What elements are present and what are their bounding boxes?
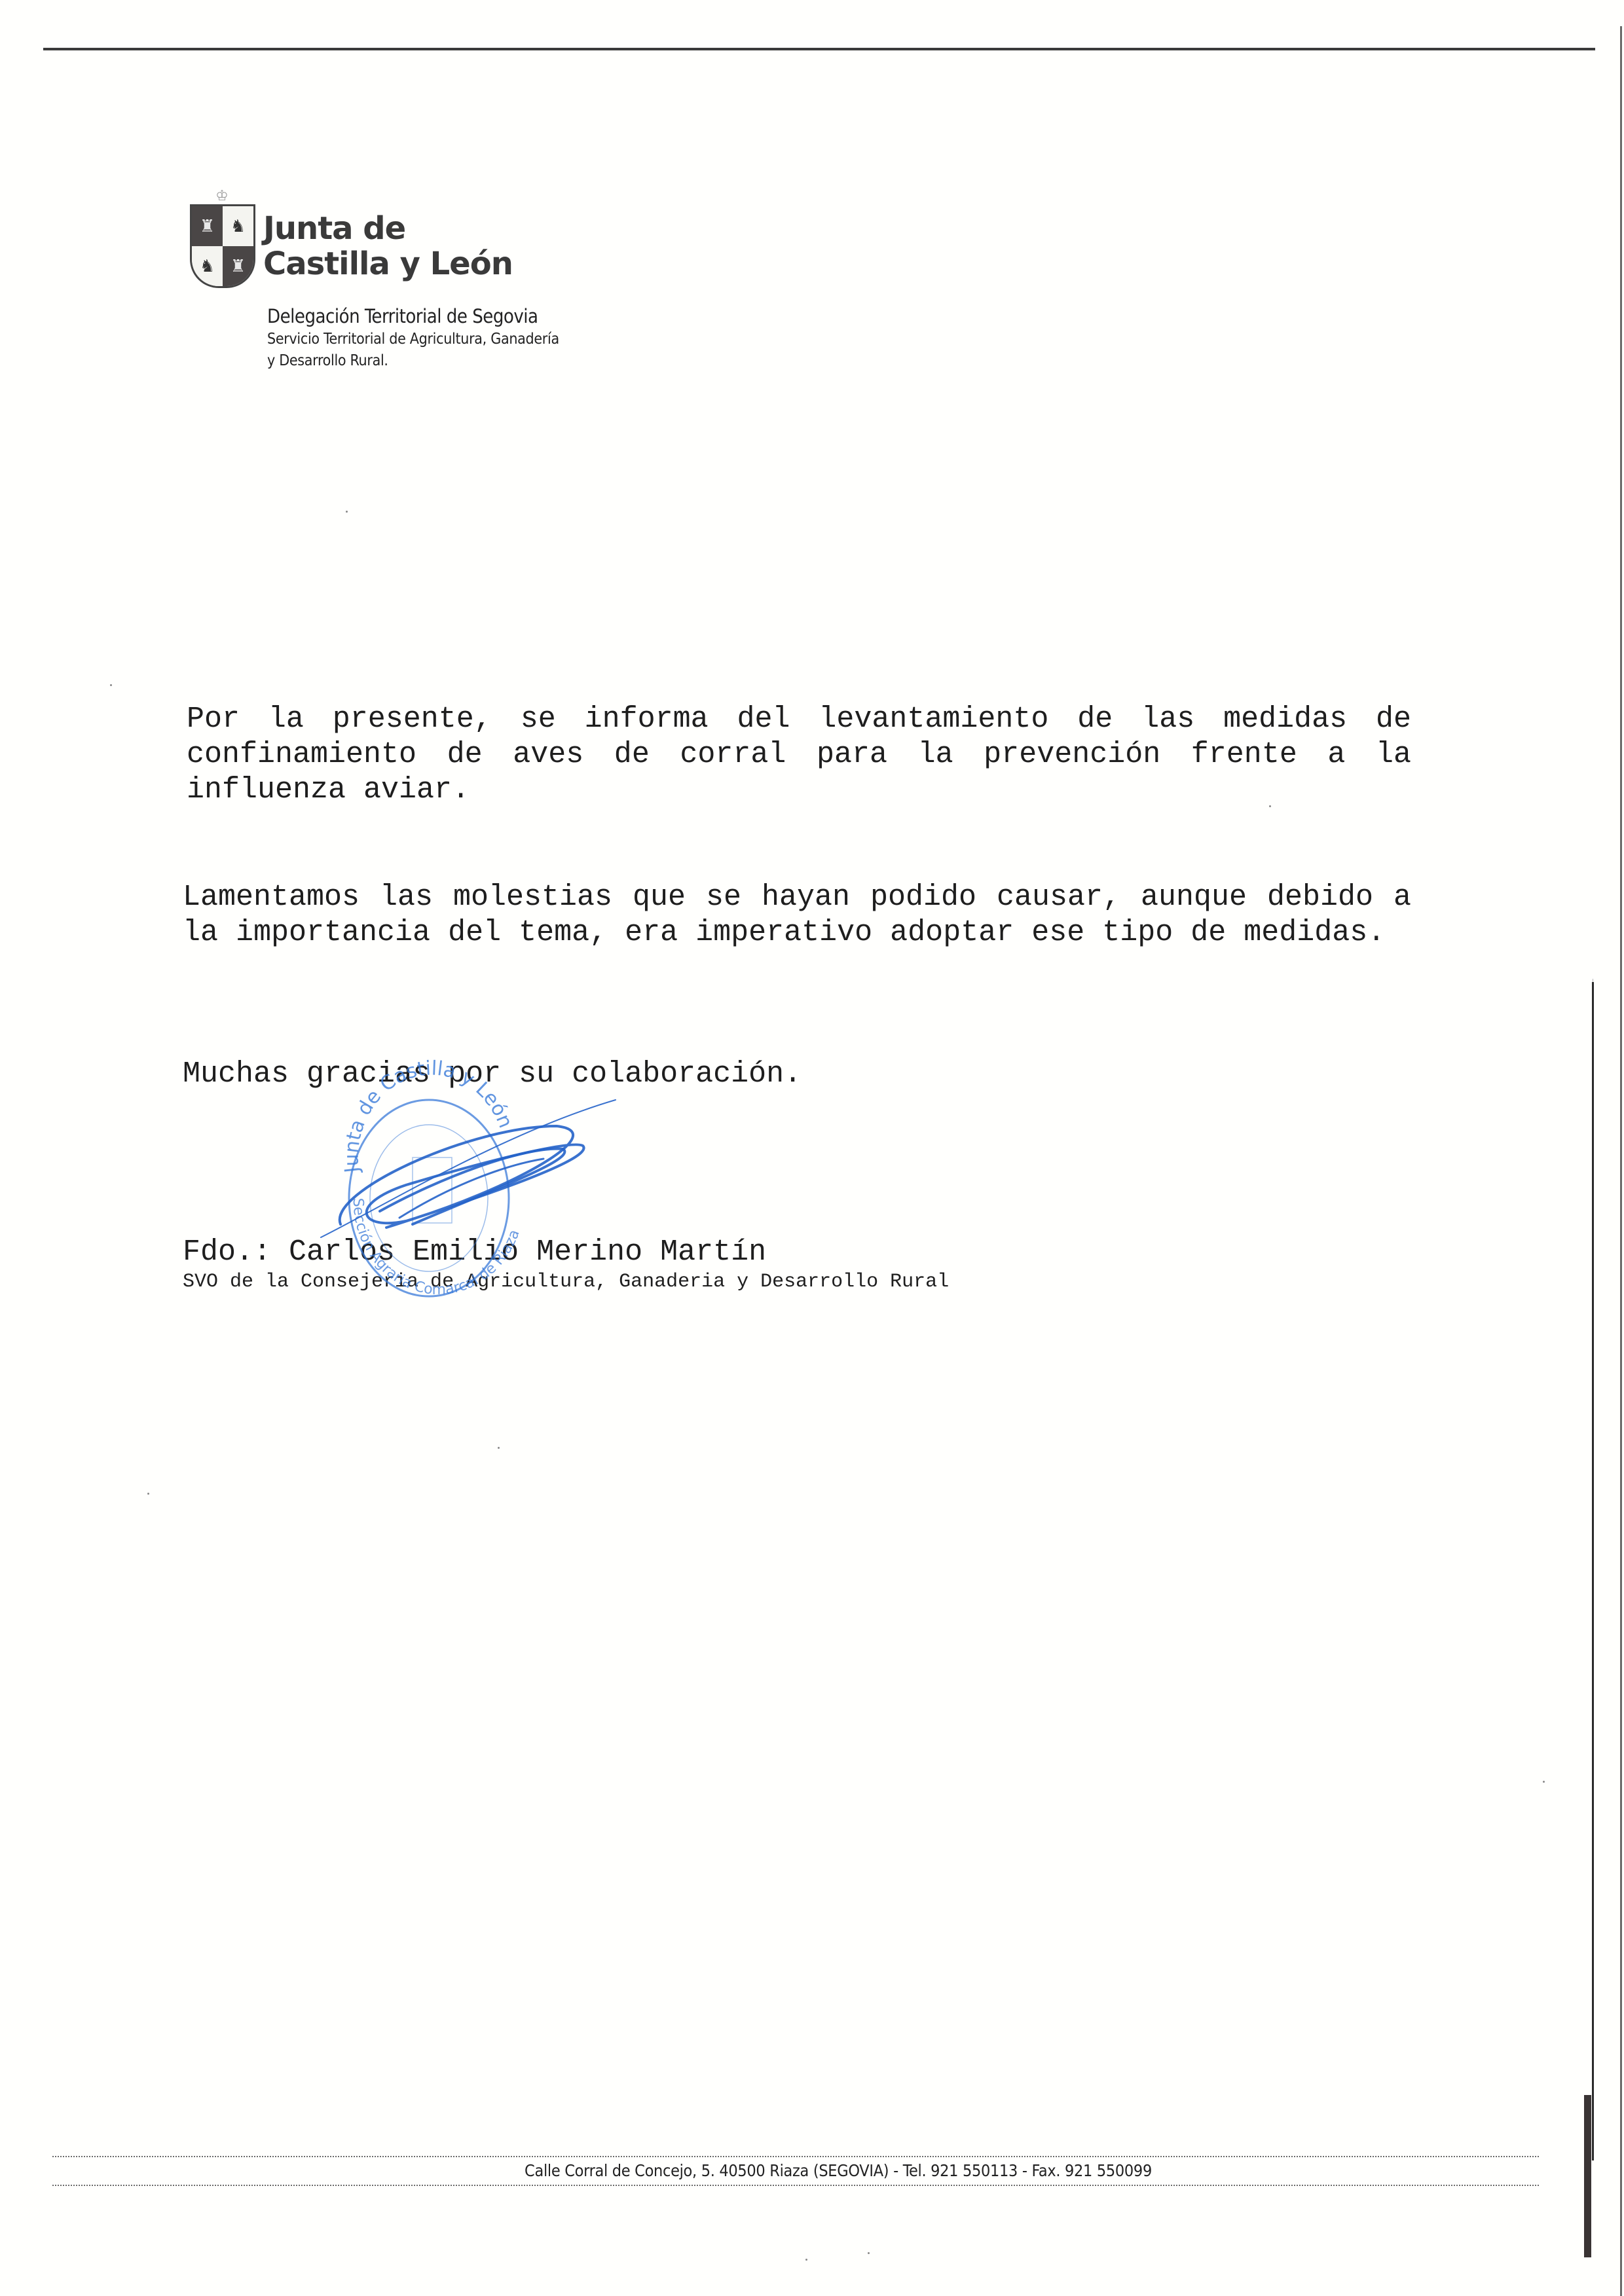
document-page: ♔ ♜ ♞ ♞ ♜ Junta de Castilla y León Deleg… (0, 0, 1624, 2296)
castle-icon: ♜ (223, 246, 253, 286)
lion-icon: ♞ (192, 246, 223, 286)
paragraph: Por la presente, se informa del levantam… (187, 702, 1411, 808)
scan-speck (1269, 805, 1271, 807)
scan-speck (147, 1493, 149, 1495)
signatory-role: SVO de la Consejeria de Agricultura, Gan… (183, 1270, 949, 1294)
scan-speck (805, 2259, 807, 2261)
crown-icon: ♔ (190, 172, 255, 204)
coat-of-arms-icon: ♔ ♜ ♞ ♞ ♜ (190, 172, 255, 289)
org-subtitle: Delegación Territorial de Segovia Servic… (267, 304, 559, 372)
top-rule (43, 48, 1595, 50)
org-name: Junta de Castilla y León (263, 172, 513, 282)
org-name-line2: Castilla y León (263, 246, 513, 282)
castle-icon: ♜ (192, 206, 223, 246)
paragraph: Lamentamos las molestias que se hayan po… (183, 880, 1411, 951)
crest-icon: ♜ ♞ ♞ ♜ (190, 204, 255, 288)
footer-rule-bottom (52, 2185, 1539, 2186)
org-name-line1: Junta de (263, 211, 513, 246)
closing-paragraph: Muchas gracias por su colaboración. (183, 1057, 1411, 1092)
signatory-name: Fdo.: Carlos Emilio Merino Martín (183, 1235, 766, 1270)
letterhead-logo: ♔ ♜ ♞ ♞ ♜ Junta de Castilla y León (190, 172, 513, 289)
footer-address: Calle Corral de Concejo, 5. 40500 Riaza … (0, 2160, 1624, 2181)
scan-speck (346, 511, 348, 513)
service-line2: y Desarrollo Rural. (267, 350, 559, 372)
scan-speck (868, 2252, 870, 2254)
scan-speck (498, 1447, 500, 1449)
delegation-name: Delegación Territorial de Segovia (267, 304, 559, 329)
scan-speck (1543, 1781, 1545, 1783)
lion-icon: ♞ (223, 206, 253, 246)
scan-speck (110, 684, 112, 686)
service-line1: Servicio Territorial de Agricultura, Gan… (267, 329, 559, 350)
scan-edge-right (1620, 26, 1622, 2296)
scan-edge-inner (1592, 982, 1594, 2160)
footer-rule-top (52, 2156, 1539, 2157)
